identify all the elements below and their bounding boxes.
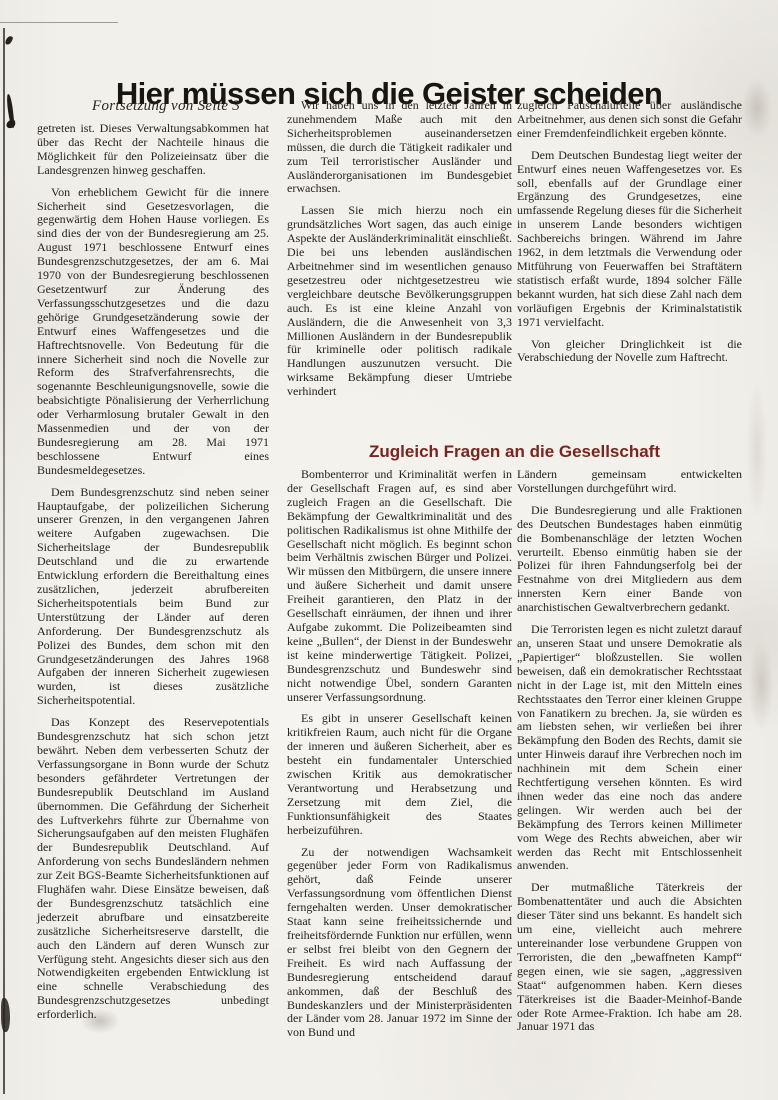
ink-blot-artifact: [1, 998, 10, 1032]
paragraph: Wir haben uns in den letzten Jahren in z…: [287, 99, 512, 196]
paragraph: Von gleicher Dringlichkeit ist die Verab…: [517, 338, 742, 366]
column-right-top: zugleich Pauschalurteile über ausländisc…: [517, 99, 742, 365]
paragraph: Von erheblichem Gewicht für die innere S…: [37, 186, 269, 478]
paragraph: getreten ist. Dieses Verwaltungsabkommen…: [37, 122, 269, 178]
paragraph: Zu der notwendigen Wachsamkeit gegenüber…: [287, 846, 512, 1041]
column-right-bottom: Ländern gemeinsam entwickelten Vorstellu…: [517, 468, 742, 1034]
scanned-newspaper-page: Hier müssen sich die Geister scheiden Fo…: [0, 0, 778, 1100]
column-middle-top: Wir haben uns in den letzten Jahren in z…: [287, 99, 512, 399]
paragraph: Bombenterror und Kriminalität werfen in …: [287, 468, 512, 704]
paragraph: Ländern gemeinsam entwickelten Vorstellu…: [517, 468, 742, 496]
paragraph: Die Terroristen legen es nicht zuletzt d…: [517, 623, 742, 873]
continuation-note: Fortsetzung von Seite 3: [92, 98, 240, 115]
column-left: getreten ist. Dieses Verwaltungsabkommen…: [37, 122, 269, 1022]
column-middle-bottom: Bombenterror und Kriminalität werfen in …: [287, 468, 512, 1040]
scan-rule-artifact: [0, 22, 118, 23]
paragraph: zugleich Pauschalurteile über ausländisc…: [517, 99, 742, 141]
scan-edge-artifact: [3, 28, 5, 1094]
ink-spot-artifact: [5, 35, 13, 45]
paragraph: Es gibt in unserer Gesellschaft keinen k…: [287, 712, 512, 837]
smudge-artifact: [746, 380, 768, 520]
paragraph: Lassen Sie mich hierzu noch ein grundsät…: [287, 204, 512, 399]
paragraph: Das Konzept des Reservepotentials Bundes…: [37, 716, 269, 1022]
paragraph: Die Bundesregierung und alle Fraktionen …: [517, 504, 742, 615]
section-subheadline: Zugleich Fragen an die Gesellschaft: [287, 442, 742, 462]
paragraph: Dem Deutschen Bundestag liegt weiter der…: [517, 149, 742, 330]
paragraph: Dem Bundesgrenzschutz sind neben seiner …: [37, 486, 269, 709]
paragraph: Der mutmaßliche Täterkreis der Bombenatt…: [517, 881, 742, 1034]
smudge-artifact: [748, 640, 774, 730]
